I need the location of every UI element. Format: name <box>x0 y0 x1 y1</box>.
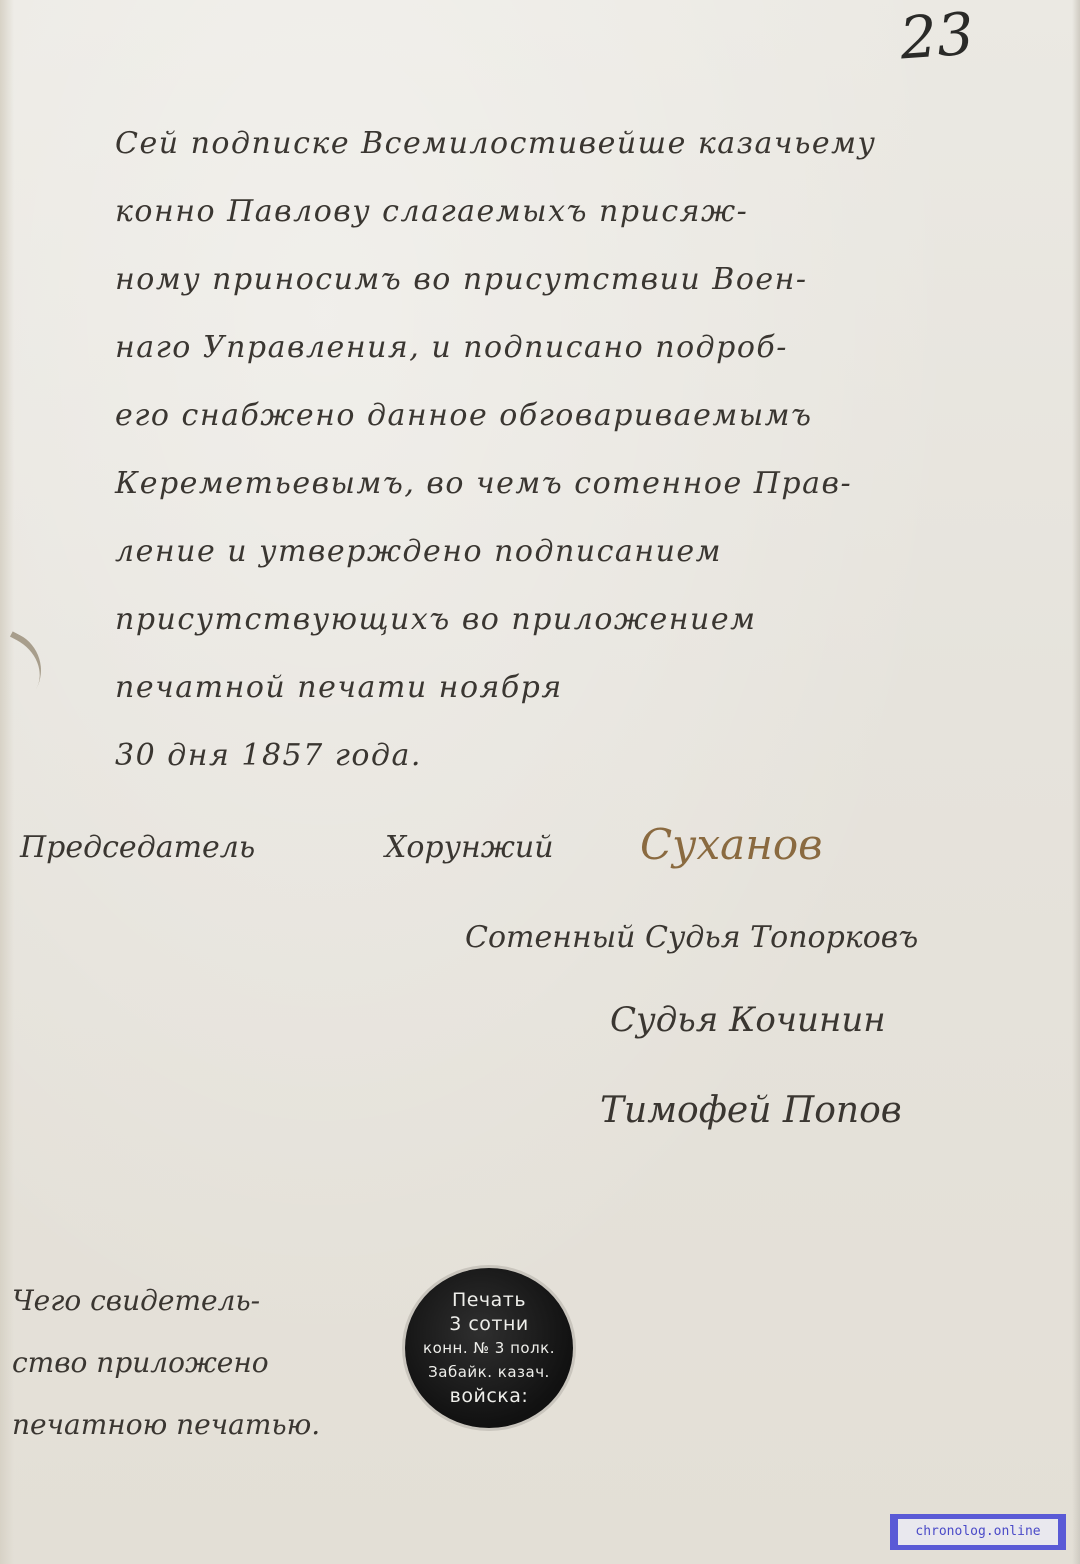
wax-seal: Печать 3 сотни конн. № 3 полк. Забайк. к… <box>405 1268 573 1428</box>
body-line: присутствующихъ во приложением <box>115 586 1065 654</box>
judge-signature-toporkov: Сотенный Судья Топорковъ <box>465 920 918 955</box>
body-line: ному приносимъ во присутствии Воен- <box>115 246 1065 314</box>
body-line: печатной печати ноября <box>115 654 1065 722</box>
margin-note-line: Чего свидетель- <box>12 1270 320 1332</box>
margin-note-line: печатною печатью. <box>12 1394 320 1456</box>
watermark-text: chronolog.online <box>898 1519 1058 1545</box>
body-line: ление и утверждено подписанием <box>115 518 1065 586</box>
seal-line: Забайк. казач. <box>428 1360 550 1384</box>
judge-signature-kochinin: Судья Кочинин <box>610 1000 886 1040</box>
chairman-rank: Хорунжий <box>385 830 554 865</box>
page-right-edge <box>1072 0 1080 1564</box>
seal-line: войска: <box>450 1384 529 1408</box>
folio-number: 23 <box>898 0 976 72</box>
seal-line: Печать <box>452 1288 526 1312</box>
seal-line: 3 сотни <box>449 1312 529 1336</box>
body-line: его снабжено данное обговариваемымъ <box>115 382 1065 450</box>
margin-note-line: ство приложено <box>12 1332 320 1394</box>
body-line: конно Павлову слагаемыхъ присяж- <box>115 178 1065 246</box>
margin-note: Чего свидетель- ство приложено печатною … <box>12 1270 320 1456</box>
date-line: 30 дня 1857 года. <box>115 722 1065 790</box>
chairman-title: Председатель <box>20 830 255 865</box>
seal-line: конн. № 3 полк. <box>423 1336 555 1360</box>
body-line: наго Управления, и подписано подроб- <box>115 314 1065 382</box>
body-text: Сей подписке Всемилостивейше казачьему к… <box>115 110 1065 790</box>
body-line: Сей подписке Всемилостивейше казачьему <box>115 110 1065 178</box>
watermark-badge: chronolog.online <box>890 1514 1066 1550</box>
chairman-signature: Суханов <box>640 820 823 869</box>
body-line: Кереметьевымъ, во чемъ сотенное Прав- <box>115 450 1065 518</box>
judge-signature-popov: Тимофей Попов <box>600 1090 902 1131</box>
